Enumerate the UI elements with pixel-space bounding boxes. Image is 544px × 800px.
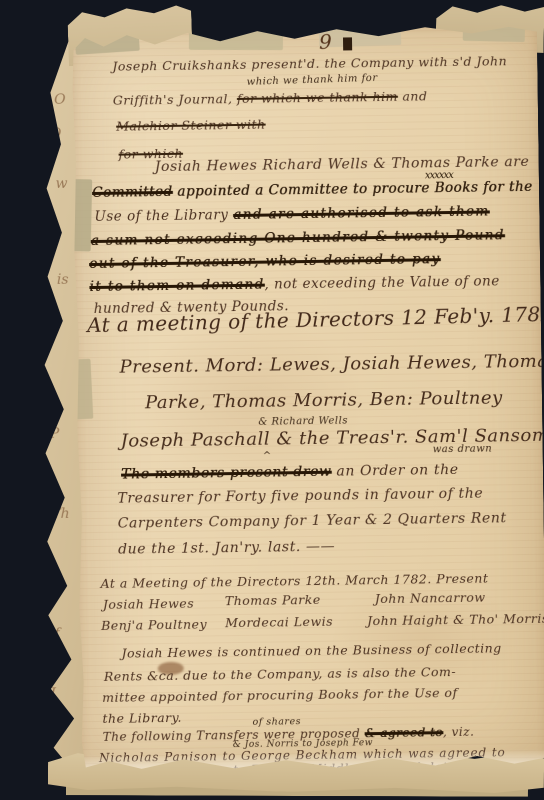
ms-struck-text: for which we thank him	[237, 89, 398, 106]
attendee-name: John Haight & Tho' Morris	[367, 611, 544, 629]
ms-text: , viz.	[443, 725, 475, 739]
ms-text: an Order on the	[331, 462, 458, 480]
ms-insertion: which we thank him for	[247, 73, 378, 88]
manuscript-photo: { "colors": { "background": "#12161f", "…	[0, 0, 544, 800]
ghost-letter: P	[50, 426, 60, 442]
ms-line-gift-3: Malchior Steiner with	[116, 117, 266, 134]
ms-line-order-1: The members present drew an Order on the	[121, 462, 459, 483]
ms-line-committee-5: out of the Treasurer, who is desired to …	[89, 251, 440, 272]
ms-struck-text: it to them on demand	[89, 277, 264, 295]
ink-mark	[343, 37, 352, 50]
ms-line-present-1: Present. Mord: Lewes, Josiah Hewes, Thom…	[119, 351, 544, 378]
ms-struck-text: The members present drew	[121, 464, 332, 483]
ghost-letter: Th	[51, 506, 69, 522]
ms-line-committee-1: Josiah Hewes Richard Wells & Thomas Park…	[155, 154, 530, 175]
ms-line-committee-4: a sum not exceeding One hundred & twenty…	[91, 227, 505, 249]
ms-line-gift-1: Joseph Cruikshanks present'd. the Compan…	[112, 53, 507, 74]
ms-line-order-2: Treasurer for Forty five pounds in favou…	[117, 486, 483, 507]
ms-line-business-3: mittee appointed for procuring Books for…	[102, 685, 458, 705]
ms-line-order-4: due the 1st. Jan'ry. last. ——	[118, 539, 335, 558]
attendee-name: Josiah Hewes	[103, 596, 194, 612]
ms-text: Griffith's Journal,	[113, 91, 237, 108]
ms-line-business-1: Josiah Hewes is continued on the Busines…	[121, 640, 501, 660]
ms-insertion: & Richard Wells	[258, 415, 348, 427]
ms-text: Joseph Paschall	[120, 429, 270, 452]
ghost-letter: O	[50, 126, 62, 142]
ghost-letter: w	[55, 176, 67, 192]
ms-line-order-3: Carpenters Company for 1 Year & 2 Quarte…	[118, 510, 507, 531]
ghost-letter: is	[57, 272, 69, 288]
ms-struck-text: and are authorised to ask them	[233, 203, 489, 223]
ms-insertion: was drawn	[433, 443, 493, 455]
meeting-march-heading: At a Meeting of the Directors 12th. Marc…	[100, 571, 488, 591]
ms-line-committee-3: Use of the Library and are authorised to…	[94, 203, 489, 225]
ms-struck-text: & agreed to	[365, 725, 444, 740]
attendee-name: John Nancarrow	[375, 590, 486, 607]
ms-text: and	[398, 88, 428, 103]
ms-line-business-4: the Library.	[102, 710, 182, 726]
ms-line-committee-2: Committed appointed a Committee to procu…	[92, 179, 533, 201]
tape-patch	[189, 23, 283, 50]
ms-line-business-2: Rents &ca. due to the Company, as is als…	[104, 664, 456, 684]
attendee-name: Thomas Parke	[225, 592, 321, 608]
ms-line-committee-6: it to them on demand, not exceeding the …	[89, 273, 500, 295]
ghost-letter: J	[50, 686, 56, 702]
ms-struck-text: Committed	[92, 184, 173, 201]
ghost-letter: O	[54, 92, 66, 108]
attendee-name: Mordecai Lewis	[225, 614, 333, 631]
ms-text: & the Treas'r. Sam'l Sansom	[270, 425, 544, 450]
ghost-letter: f	[54, 626, 59, 642]
ms-text: , not exceeding the Value of one	[264, 273, 500, 292]
ms-text: Use of the Library	[94, 207, 233, 225]
ms-line-gift-2: Griffith's Journal, for which we thank h…	[113, 88, 428, 107]
ghost-letter: S	[51, 226, 61, 242]
ms-insertion: of shares	[252, 716, 301, 728]
ms-text: appointed a Committee to procure Books f…	[172, 179, 532, 200]
caret-mark: ^	[263, 451, 272, 462]
page-number: 9	[319, 30, 332, 54]
manuscript-page: 9 Joseph Cruikshanks present'd. the Comp…	[71, 23, 544, 771]
ms-line-present-2: Parke, Thomas Morris, Ben: Poultney	[145, 387, 503, 413]
attendee-name: Benj'a Poultney	[101, 616, 207, 632]
